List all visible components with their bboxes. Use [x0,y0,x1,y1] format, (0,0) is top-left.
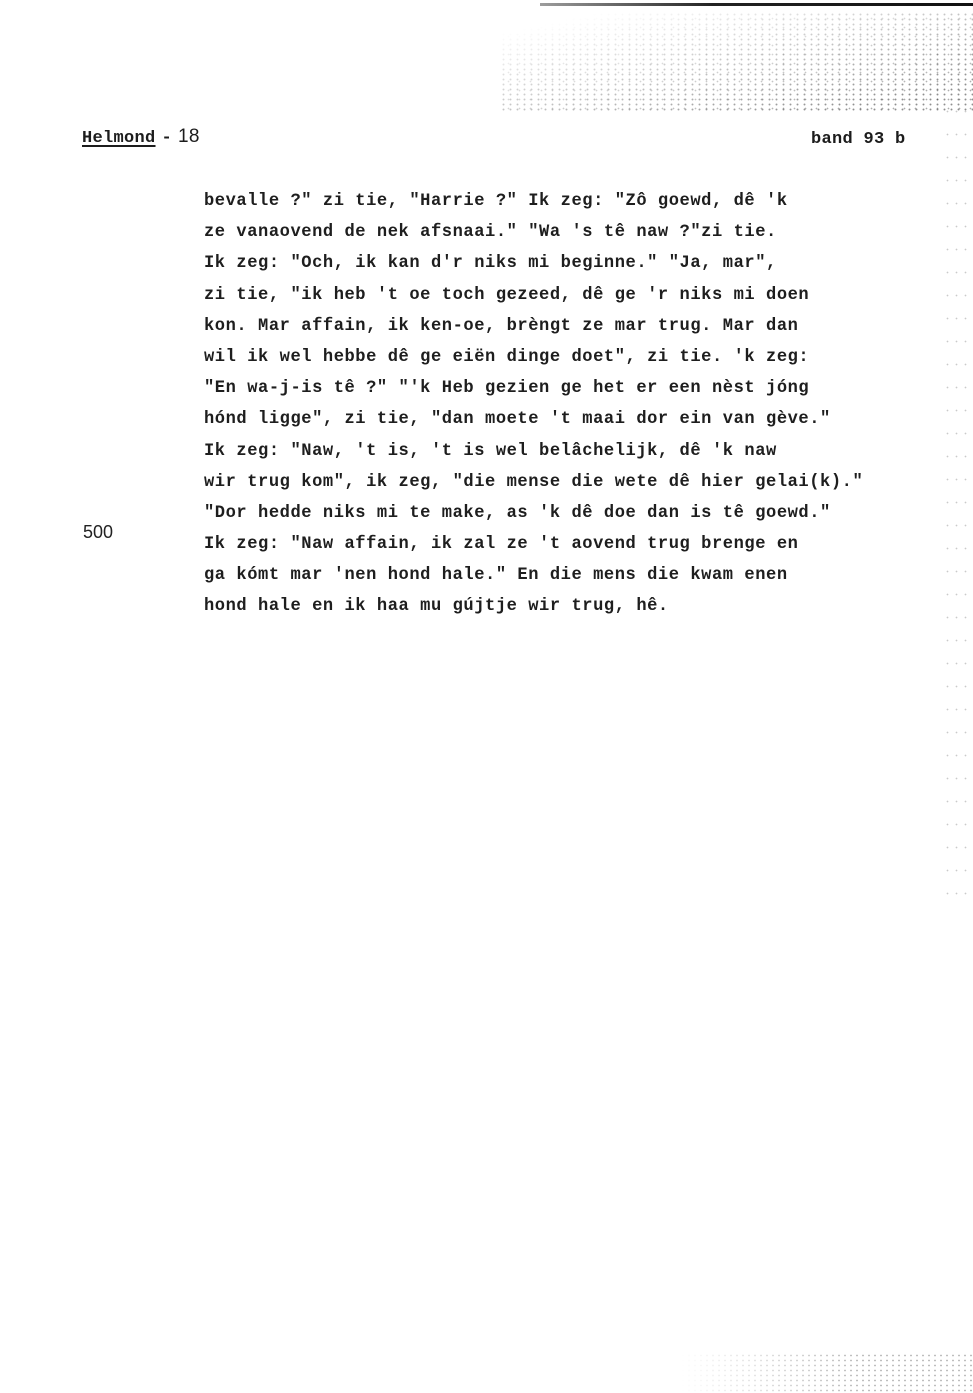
text-line: Ik zeg: "Naw, 't is, 't is wel belâcheli… [204,436,944,467]
text-line: ze vanaovend de nek afsnaai." "Wa 's tê … [204,217,944,248]
margin-line-number: 500 [83,522,113,543]
header-separator: - [162,129,173,148]
text-line: zi tie, "ik heb 't oe toch gezeed, dê ge… [204,280,944,311]
scan-noise-top-right [500,12,973,112]
text-line: hond hale en ik haa mu gújtje wir trug, … [204,591,944,622]
text-line: hónd ligge", zi tie, "dan moete 't maai … [204,404,944,435]
transcript-body: bevalle ?" zi tie, "Harrie ?" Ik zeg: "Z… [204,186,944,623]
tape-reference: band 93 b [811,130,906,149]
text-line: kon. Mar affain, ik ken-oe, brèngt ze ma… [204,311,944,342]
scan-edge-artifact [540,3,973,6]
page-header-location: Helmond-18 [82,126,200,148]
text-line: wir trug kom", ik zeg, "die mense die we… [204,467,944,498]
scan-noise-bottom-right [680,1353,973,1393]
text-line: "En wa-j-is tê ?" "'k Heb gezien ge het … [204,373,944,404]
text-line: Ik zeg: "Naw affain, ik zal ze 't aovend… [204,529,944,560]
typewritten-transcript-page: Helmond-18 band 93 b 500 bevalle ?" zi t… [0,0,973,1393]
place-name: Helmond [82,129,156,148]
text-line: bevalle ?" zi tie, "Harrie ?" Ik zeg: "Z… [204,186,944,217]
text-line: Ik zeg: "Och, ik kan d'r niks mi beginne… [204,248,944,279]
page-number: 18 [178,126,200,147]
scan-noise-right-edge [943,100,973,900]
text-line: wil ik wel hebbe dê ge eiën dinge doet",… [204,342,944,373]
text-line: ga kómt mar 'nen hond hale." En die mens… [204,560,944,591]
text-line: "Dor hedde niks mi te make, as 'k dê doe… [204,498,944,529]
